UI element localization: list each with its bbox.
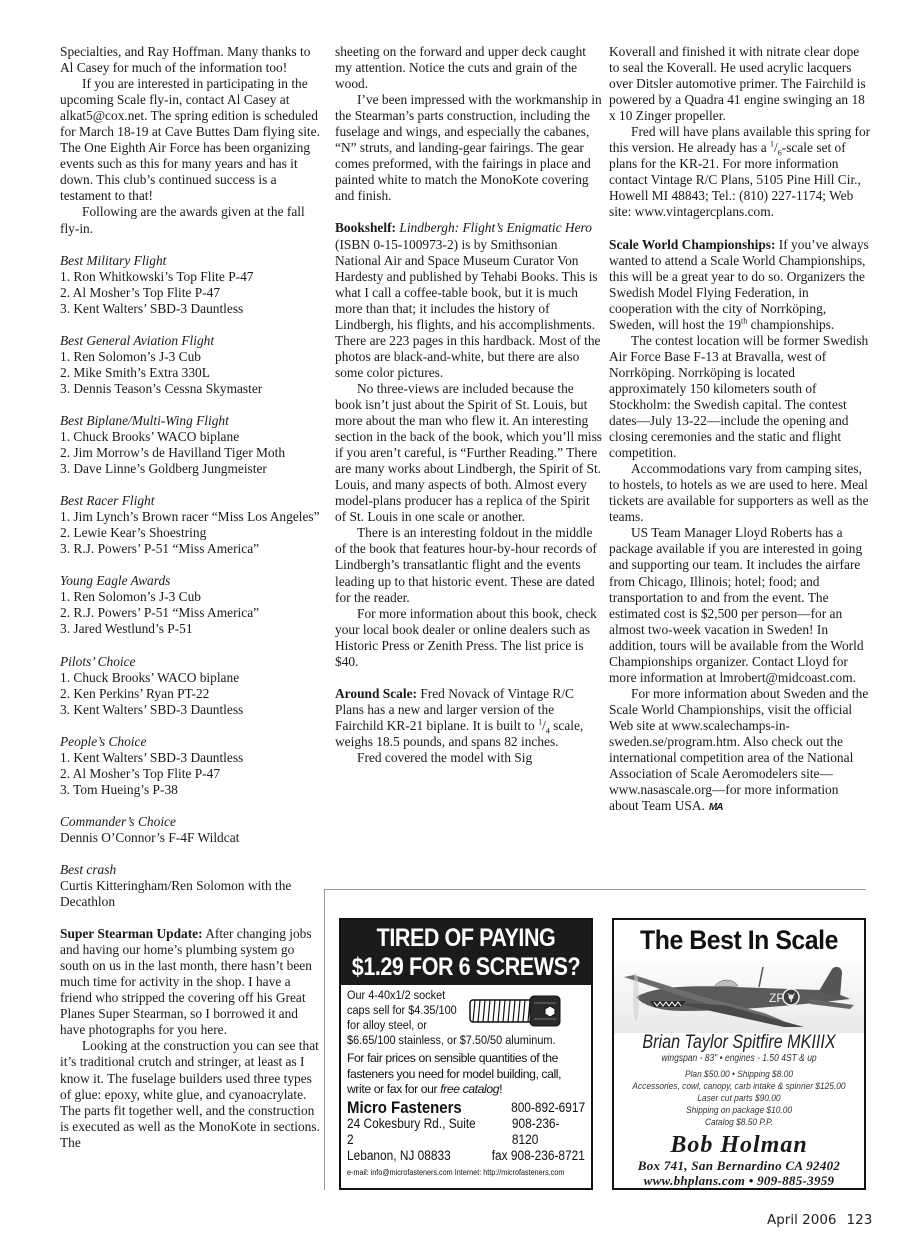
award-winner: 3. R.J. Powers’ P-51 “Miss America” (60, 541, 322, 557)
paragraph: Koverall and finished it with nitrate cl… (609, 44, 871, 124)
award-category: Young Eagle Awards (60, 573, 322, 589)
ad-frame-divider (324, 890, 325, 1190)
paragraph: Looking at the construction you can see … (60, 1038, 322, 1150)
fraction: 1/4 (538, 718, 550, 733)
award-winner: 3. Kent Walters’ SBD-3 Dauntless (60, 301, 322, 317)
company-name: Micro Fasteners (347, 1100, 462, 1116)
awards-list: Best Military Flight1. Ron Whitkowski’s … (60, 253, 322, 927)
award-winner: 2. Jim Morrow’s de Havilland Tiger Moth (60, 445, 322, 461)
phone-number: 800-892-6917 (511, 1100, 585, 1116)
price-list: Plan $50.00 • Shipping $8.00 Accessories… (629, 1069, 849, 1129)
award-winner: 1. Ren Solomon’s J-3 Cub (60, 589, 322, 605)
vendor-name: Bob Holman (614, 1132, 864, 1158)
award-winner: 3. Dennis Teason’s Cessna Skymaster (60, 381, 322, 397)
around-scale-paragraph: Around Scale: Fred Novack of Vintage R/C… (335, 686, 603, 750)
paragraph: No three-views are included because the … (335, 381, 603, 525)
paragraph: Accommodations vary from camping sites, … (609, 461, 871, 525)
paragraph: There is an interesting foldout in the m… (335, 525, 603, 605)
world-championships-paragraph: Scale World Championships: If you’ve alw… (609, 237, 871, 333)
award-category: People’s Choice (60, 734, 322, 750)
price-line: Laser cut parts $90.00 (629, 1093, 849, 1105)
fraction: 1/6 (770, 140, 782, 155)
fax-number: fax 908-236-8721 (492, 1148, 585, 1164)
model-specs: wingspan - 83" • engines - 1.50 4ST & up (633, 1053, 846, 1065)
socket-screw-icon (468, 995, 563, 1027)
award-winner: 1. Chuck Brooks’ WACO biplane (60, 429, 322, 445)
paragraph: For more information about Sweden and th… (609, 686, 871, 816)
bookshelf-paragraph: Bookshelf: Lindbergh: Flight’s Enigmatic… (335, 220, 603, 380)
award-winner: 1. Kent Walters’ SBD-3 Dauntless (60, 750, 322, 766)
section-heading: Scale World Championships: (609, 237, 775, 252)
ad-description: For fair prices on sensible quantities o… (347, 1051, 585, 1098)
award-winner: Dennis O’Connor’s F-4F Wildcat (60, 830, 322, 846)
page-number: 123 (847, 1212, 873, 1228)
award-category: Commander’s Choice (60, 814, 322, 830)
award-winner: 2. R.J. Powers’ P-51 “Miss America” (60, 605, 322, 621)
spitfire-photo: ZP Y (614, 957, 864, 1033)
ad-headline: The Best In Scale (624, 925, 854, 955)
address: Lebanon, NJ 08833 (347, 1148, 451, 1164)
award-category: Best Racer Flight (60, 493, 322, 509)
paragraph: Fred covered the model with Sig (335, 750, 603, 766)
award-winner: 1. Chuck Brooks’ WACO biplane (60, 670, 322, 686)
svg-text:ZP Y: ZP Y (769, 991, 795, 1005)
award-winner: 3. Jared Westlund’s P-51 (60, 621, 322, 637)
bob-holman-plans-ad[interactable]: The Best In Scale ZP Y (612, 918, 866, 1190)
award-category: Pilots’ Choice (60, 654, 322, 670)
paragraph: The contest location will be former Swed… (609, 333, 871, 461)
page-folio: April 2006123 (767, 1212, 872, 1228)
award-winner: 3. Kent Walters’ SBD-3 Dauntless (60, 702, 322, 718)
award-winner: 2. Mike Smith’s Extra 330L (60, 365, 322, 381)
ad-frame-divider (324, 889, 866, 890)
award-category: Best Military Flight (60, 253, 322, 269)
award-winner: 3. Dave Linne’s Goldberg Jungmeister (60, 461, 322, 477)
section-heading: Around Scale: (335, 686, 417, 701)
paragraph: Fred will have plans available this spri… (609, 124, 871, 220)
contact-links[interactable]: e-mail: info@microfasteners.com Internet… (347, 1165, 564, 1180)
micro-fasteners-ad[interactable]: TIRED OF PAYING $1.29 FOR 6 SCREWS? Our … (339, 918, 593, 1190)
award-category: Best Biplane/Multi-Wing Flight (60, 413, 322, 429)
issue-date: April 2006 (767, 1212, 837, 1228)
award-winner: 1. Jim Lynch’s Brown racer “Miss Los Ang… (60, 509, 322, 525)
paragraph: For more information about this book, ch… (335, 606, 603, 670)
ma-end-mark-icon: MA (709, 802, 723, 813)
article-column-2: sheeting on the forward and upper deck c… (335, 44, 603, 766)
section-heading: Super Stearman Update: (60, 926, 203, 941)
price-line: Shipping on package $10.00 (629, 1105, 849, 1117)
ad-headline: TIRED OF PAYING $1.29 FOR 6 SCREWS? (341, 920, 590, 985)
paragraph: sheeting on the forward and upper deck c… (335, 44, 603, 92)
award-winner: 1. Ron Whitkowski’s Top Flite P-47 (60, 269, 322, 285)
paragraph: Following are the awards given at the fa… (60, 204, 322, 236)
spitfire-airplane-icon: ZP Y (614, 957, 864, 1033)
award-winner: 2. Ken Perkins’ Ryan PT-22 (60, 686, 322, 702)
article-column-1: Specialties, and Ray Hoffman. Many thank… (60, 44, 322, 1151)
book-title: Lindbergh: Flight’s Enigmatic Hero (399, 220, 592, 235)
award-winner: 2. Al Mosher’s Top Flite P-47 (60, 285, 322, 301)
address: 24 Cokesbury Rd., Suite 2 (347, 1116, 484, 1148)
award-category: Best General Aviation Flight (60, 333, 322, 349)
award-winner: 3. Tom Hueing’s P-38 (60, 782, 322, 798)
award-winner: 2. Lewie Kear’s Shoestring (60, 525, 322, 541)
award-winner: 2. Al Mosher’s Top Flite P-47 (60, 766, 322, 782)
model-name: Brian Taylor Spitfire MKIIIX (633, 1033, 846, 1053)
award-winner: 1. Ren Solomon’s J-3 Cub (60, 349, 322, 365)
price-line: Accessories, cowl, canopy, carb intake &… (629, 1081, 849, 1093)
section-heading: Bookshelf: (335, 220, 396, 235)
phone-number: 908-236-8120 (512, 1116, 585, 1148)
paragraph: If you are interested in participating i… (60, 76, 322, 204)
paragraph: I’ve been impressed with the workmanship… (335, 92, 603, 204)
paragraph: Specialties, and Ray Hoffman. Many thank… (60, 44, 322, 76)
paragraph: US Team Manager Lloyd Roberts has a pack… (609, 525, 871, 685)
award-winner: Curtis Kitteringham/Ren Solomon with the… (60, 878, 322, 910)
price-line: Catalog $8.50 P.P. (629, 1117, 849, 1129)
award-category: Best crash (60, 862, 322, 878)
article-column-3: Koverall and finished it with nitrate cl… (609, 44, 871, 816)
vendor-web-phone[interactable]: www.bhplans.com • 909-885-3959 (614, 1173, 864, 1188)
stearman-update-paragraph: Super Stearman Update: After changing jo… (60, 926, 322, 1038)
vendor-address: Box 741, San Bernardino CA 92402 (614, 1158, 864, 1173)
price-line: Plan $50.00 • Shipping $8.00 (629, 1069, 849, 1081)
